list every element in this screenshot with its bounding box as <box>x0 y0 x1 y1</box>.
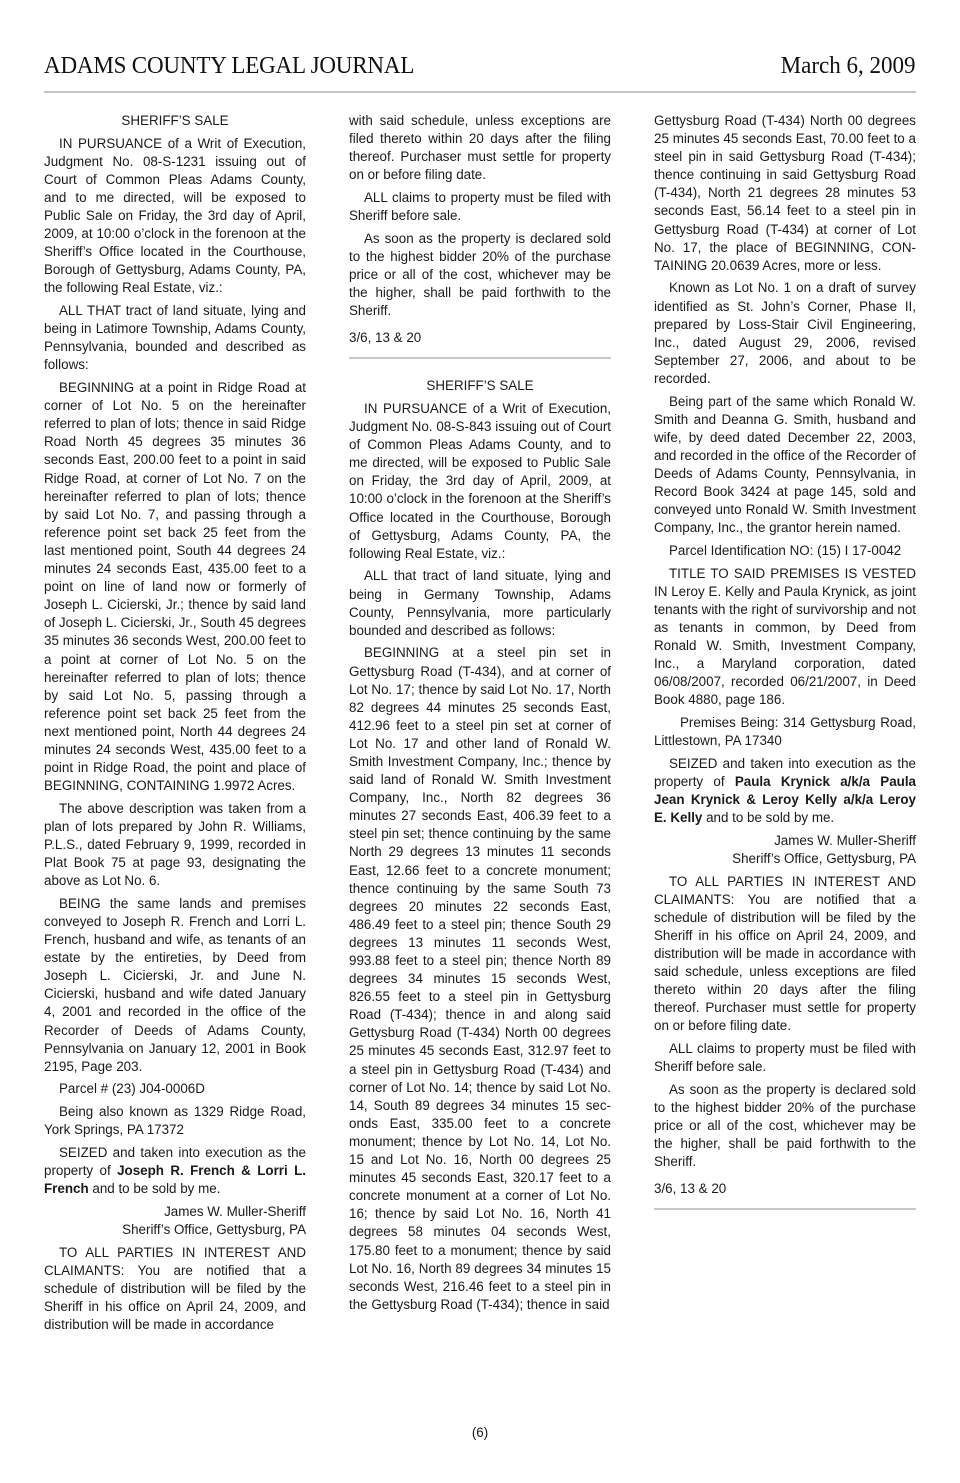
notice-paragraph: ALL that tract of land situate, lying an… <box>349 567 611 639</box>
notice-heading: SHERIFF’S SALE <box>349 377 611 395</box>
notice-divider <box>349 357 611 359</box>
notice-paragraph: IN PURSUANCE of a Writ of Execu­tion, Ju… <box>349 400 611 563</box>
notice-divider <box>654 1208 916 1210</box>
notice-paragraph: IN PURSUANCE of a Writ of Execu­tion, Ju… <box>44 135 306 298</box>
column-2: with said schedule, unless exceptions ar… <box>349 112 611 1318</box>
notice-paragraph: The above description was taken from a p… <box>44 800 306 890</box>
notice-paragraph: As soon as the property is declared sold… <box>654 1081 916 1171</box>
sheriff-signature: James W. Muller-Sheriff <box>654 832 916 850</box>
notice-paragraph: ALL THAT tract of land situate, lying an… <box>44 302 306 374</box>
page-number: (6) <box>0 1425 960 1440</box>
notice-paragraph-continued: with said schedule, unless exceptions ar… <box>349 112 611 184</box>
notice-paragraph: Known as Lot No. 1 on a draft of sur­vey… <box>654 279 916 388</box>
text-run: and to be sold by me. <box>702 810 834 825</box>
masthead: ADAMS COUNTY LEGAL JOURNAL March 6, 2009 <box>44 52 916 84</box>
notice-paragraph: BEING the same lands and premises convey… <box>44 895 306 1076</box>
notice-paragraph: ALL claims to property must be filed wit… <box>349 189 611 225</box>
publication-dates: 3/6, 13 & 20 <box>654 1180 916 1198</box>
column-1: SHERIFF’S SALEIN PURSUANCE of a Writ of … <box>44 112 306 1339</box>
text-run: and to be sold by me. <box>89 1181 221 1196</box>
publication-title: ADAMS COUNTY LEGAL JOURNAL <box>44 52 414 80</box>
notice-paragraph: TITLE TO SAID PREMISES IS VEST­ED IN Ler… <box>654 565 916 710</box>
sheriff-office: Sheriff’s Office, Gettysburg, PA <box>44 1221 306 1239</box>
notice-paragraph: SEIZED and taken into execution as the p… <box>44 1144 306 1198</box>
notice-paragraph-continued: Gettysburg Road (T-434) North 00 degrees… <box>654 112 916 275</box>
sheriff-office: Sheriff’s Office, Gettysburg, PA <box>654 850 916 868</box>
notice-paragraph: As soon as the property is declared sold… <box>349 230 611 320</box>
notice-paragraph: SEIZED and taken into execution as the p… <box>654 755 916 827</box>
notice-paragraph: Being also known as 1329 Ridge Road, Yor… <box>44 1103 306 1139</box>
notice-paragraph: BEGINNING at a steel pin set in Gettysbu… <box>349 644 611 1313</box>
notice-paragraph: BEGINNING at a point in Ridge Road at co… <box>44 379 306 795</box>
publication-dates: 3/6, 13 & 20 <box>349 329 611 347</box>
issue-date: March 6, 2009 <box>781 52 916 80</box>
column-3: Gettysburg Road (T-434) North 00 degrees… <box>654 112 916 1228</box>
sheriff-signature: James W. Muller-Sheriff <box>44 1203 306 1221</box>
notice-paragraph: Being part of the same which Ronald W. S… <box>654 393 916 538</box>
notice-paragraph: TO ALL PARTIES IN INTEREST AND CLAIMANTS… <box>44 1244 306 1334</box>
premises-address: Premises Being: 314 Gettysburg Road, Lit… <box>654 714 916 750</box>
notice-paragraph: Parcel # (23) J04-0006D <box>44 1080 306 1098</box>
notice-paragraph: ALL claims to property must be filed wit… <box>654 1040 916 1076</box>
notice-paragraph: TO ALL PARTIES IN INTEREST AND CLAIMANTS… <box>654 873 916 1036</box>
notice-paragraph: Parcel Identification NO: (15) I 17-0042 <box>654 542 916 560</box>
header-divider <box>44 91 916 93</box>
notice-heading: SHERIFF’S SALE <box>44 112 306 130</box>
